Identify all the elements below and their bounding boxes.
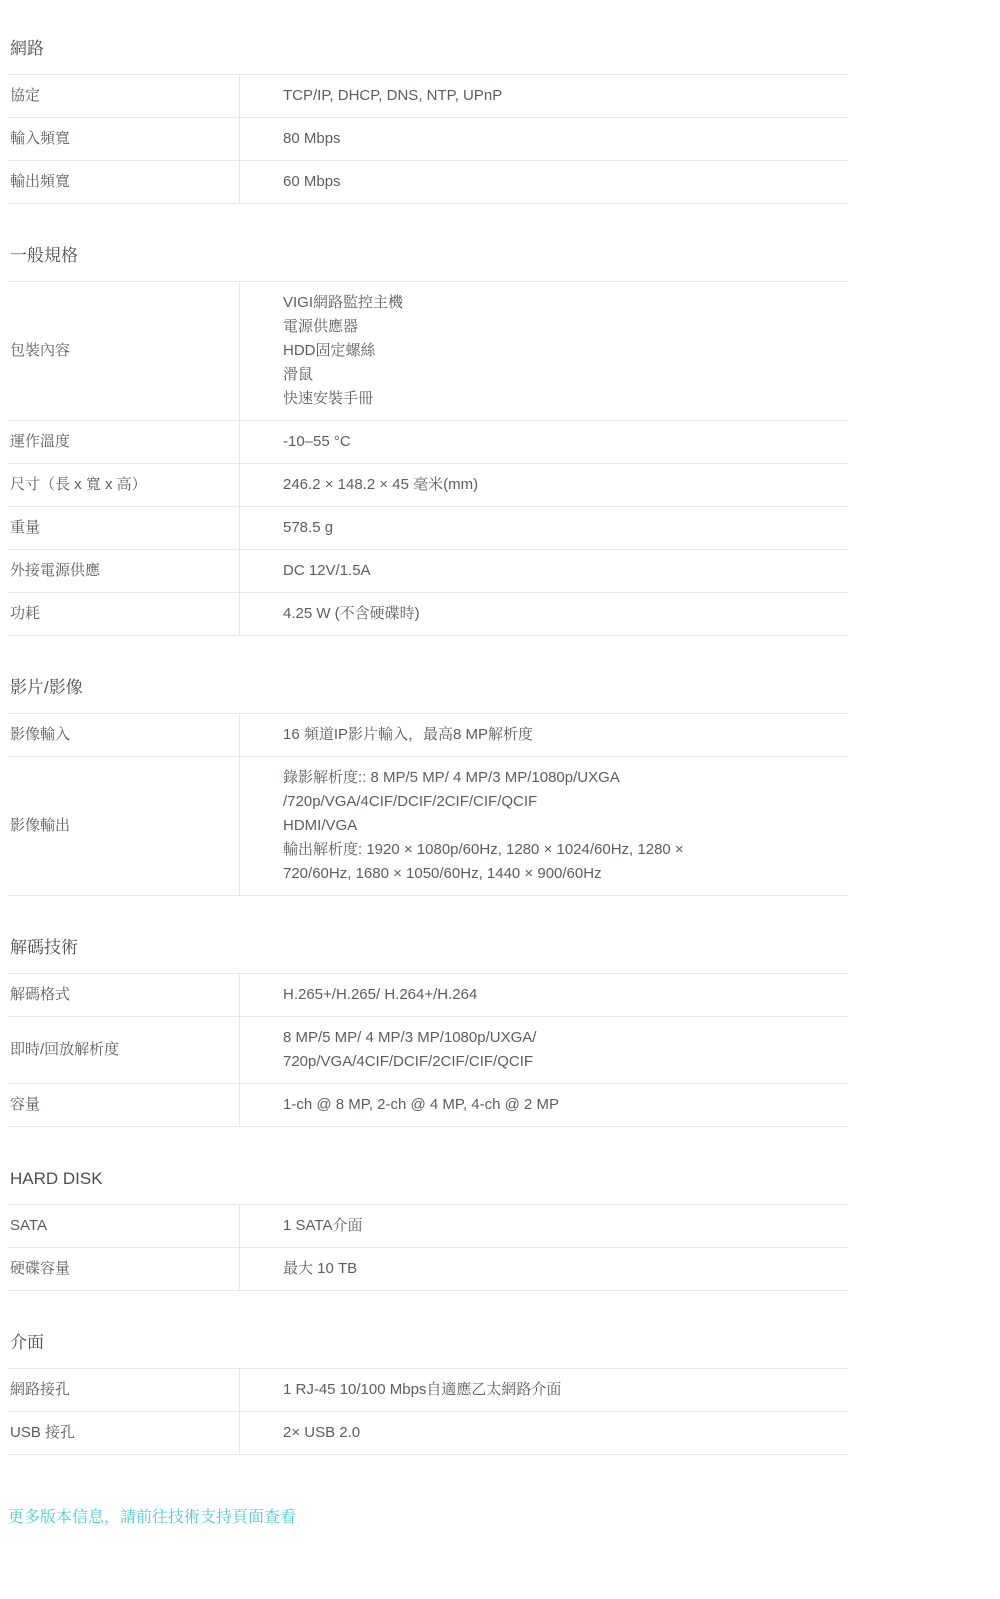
spec-value-line: DC 12V/1.5A	[283, 559, 838, 583]
spec-row: 外接電源供應 DC 12V/1.5A	[8, 549, 848, 592]
spec-value-line: 578.5 g	[283, 516, 838, 540]
spec-value: TCP/IP, DHCP, DNS, NTP, UPnP	[239, 75, 848, 117]
spec-value-line: 2× USB 2.0	[283, 1421, 838, 1445]
spec-section: 網路 協定 TCP/IP, DHCP, DNS, NTP, UPnP 輸入頻寬 …	[8, 39, 848, 204]
spec-value-line: 1-ch @ 8 MP, 2-ch @ 4 MP, 4-ch @ 2 MP	[283, 1093, 838, 1117]
spec-label: 硬碟容量	[8, 1248, 239, 1290]
section-rows: 協定 TCP/IP, DHCP, DNS, NTP, UPnP 輸入頻寬 80 …	[8, 74, 848, 204]
spec-row: 運作溫度 -10–55 °C	[8, 420, 848, 463]
spec-label: 容量	[8, 1084, 239, 1126]
more-version-info-link[interactable]: 更多版本信息，請前往技術支持頁面查看	[8, 1507, 296, 1529]
spec-label: SATA	[8, 1205, 239, 1247]
spec-value: -10–55 °C	[239, 421, 848, 463]
spec-value-line: -10–55 °C	[283, 430, 838, 454]
spec-section: 解碼技術 解碼格式 H.265+/H.265/ H.264+/H.264 即時/…	[8, 938, 848, 1127]
spec-row: USB 接孔 2× USB 2.0	[8, 1411, 848, 1454]
spec-value: VIGI網路監控主機 電源供應器 HDD固定螺絲 滑鼠 快速安裝手冊	[239, 282, 848, 420]
spec-value: DC 12V/1.5A	[239, 550, 848, 592]
spec-value: 錄影解析度:: 8 MP/5 MP/ 4 MP/3 MP/1080p/UXGA …	[239, 757, 848, 895]
spec-value: 16 頻道IP影片輸入，最高8 MP解析度	[239, 714, 848, 756]
spec-row: 影像輸入 16 頻道IP影片輸入，最高8 MP解析度	[8, 713, 848, 756]
spec-value-line: 滑鼠	[283, 363, 838, 387]
spec-row: 網路接孔 1 RJ-45 10/100 Mbps自適應乙太網路介面	[8, 1368, 848, 1411]
spec-row: 尺寸（長 x 寬 x 高） 246.2 × 148.2 × 45 毫米(mm)	[8, 463, 848, 506]
spec-row: 重量 578.5 g	[8, 506, 848, 549]
spec-label: 功耗	[8, 593, 239, 635]
spec-label: 運作溫度	[8, 421, 239, 463]
spec-value-line: HDD固定螺絲	[283, 339, 838, 363]
spec-value-line: 720p/VGA/4CIF/DCIF/2CIF/CIF/QCIF	[283, 1050, 838, 1074]
spec-row: 功耗 4.25 W (不含硬碟時)	[8, 592, 848, 635]
section-rows: SATA 1 SATA介面 硬碟容量 最大 10 TB	[8, 1204, 848, 1291]
spec-value-line: 輸出解析度: 1920 × 1080p/60Hz, 1280 × 1024/60…	[283, 838, 838, 862]
spec-value-line: 快速安裝手冊	[283, 387, 838, 411]
spec-value-line: 4.25 W (不含硬碟時)	[283, 602, 838, 626]
spec-section: 介面 網路接孔 1 RJ-45 10/100 Mbps自適應乙太網路介面 USB…	[8, 1333, 848, 1455]
spec-value: 80 Mbps	[239, 118, 848, 160]
spec-label: 影像輸出	[8, 757, 239, 895]
spec-value-line: 電源供應器	[283, 315, 838, 339]
spec-value-line: 1 RJ-45 10/100 Mbps自適應乙太網路介面	[283, 1378, 838, 1402]
section-title: 影片/影像	[8, 678, 848, 698]
spec-row: SATA 1 SATA介面	[8, 1204, 848, 1247]
spec-row: 影像輸出 錄影解析度:: 8 MP/5 MP/ 4 MP/3 MP/1080p/…	[8, 756, 848, 895]
spec-value-line: 60 Mbps	[283, 170, 838, 194]
section-title: 一般規格	[8, 246, 848, 266]
spec-row: 輸入頻寬 80 Mbps	[8, 117, 848, 160]
section-title: HARD DISK	[8, 1169, 848, 1189]
spec-value: 8 MP/5 MP/ 4 MP/3 MP/1080p/UXGA/ 720p/VG…	[239, 1017, 848, 1083]
spec-value-line: 最大 10 TB	[283, 1257, 838, 1281]
spec-value: 最大 10 TB	[239, 1248, 848, 1290]
spec-value: 1 RJ-45 10/100 Mbps自適應乙太網路介面	[239, 1369, 848, 1411]
spec-value-line: TCP/IP, DHCP, DNS, NTP, UPnP	[283, 84, 838, 108]
spec-section: 影片/影像 影像輸入 16 頻道IP影片輸入，最高8 MP解析度 影像輸出 錄影…	[8, 678, 848, 896]
spec-value-line: VIGI網路監控主機	[283, 291, 838, 315]
section-title: 介面	[8, 1333, 848, 1353]
spec-label: 解碼格式	[8, 974, 239, 1016]
spec-row: 即時/回放解析度 8 MP/5 MP/ 4 MP/3 MP/1080p/UXGA…	[8, 1016, 848, 1083]
spec-section: 一般規格 包裝內容 VIGI網路監控主機 電源供應器 HDD固定螺絲 滑鼠 快速…	[8, 246, 848, 636]
spec-row: 解碼格式 H.265+/H.265/ H.264+/H.264	[8, 973, 848, 1016]
spec-page: 網路 協定 TCP/IP, DHCP, DNS, NTP, UPnP 輸入頻寬 …	[8, 0, 848, 1599]
spec-value-line: 80 Mbps	[283, 127, 838, 151]
spec-label: 尺寸（長 x 寬 x 高）	[8, 464, 239, 506]
section-rows: 包裝內容 VIGI網路監控主機 電源供應器 HDD固定螺絲 滑鼠 快速安裝手冊 …	[8, 281, 848, 636]
spec-label: 影像輸入	[8, 714, 239, 756]
spec-value: H.265+/H.265/ H.264+/H.264	[239, 974, 848, 1016]
spec-label: 外接電源供應	[8, 550, 239, 592]
spec-value-line: H.265+/H.265/ H.264+/H.264	[283, 983, 838, 1007]
section-title: 解碼技術	[8, 938, 848, 958]
spec-value-line: HDMI/VGA	[283, 814, 838, 838]
spec-value: 578.5 g	[239, 507, 848, 549]
spec-label: 包裝內容	[8, 282, 239, 420]
spec-label: 協定	[8, 75, 239, 117]
spec-value: 60 Mbps	[239, 161, 848, 203]
spec-value-line: 1 SATA介面	[283, 1214, 838, 1238]
spec-section: HARD DISK SATA 1 SATA介面 硬碟容量 最大 10 TB	[8, 1169, 848, 1291]
spec-value-line: /720p/VGA/4CIF/DCIF/2CIF/CIF/QCIF	[283, 790, 838, 814]
spec-label: 網路接孔	[8, 1369, 239, 1411]
spec-value: 2× USB 2.0	[239, 1412, 848, 1454]
spec-label: 即時/回放解析度	[8, 1017, 239, 1083]
spec-label: USB 接孔	[8, 1412, 239, 1454]
spec-row: 硬碟容量 最大 10 TB	[8, 1247, 848, 1290]
spec-value-line: 16 頻道IP影片輸入，最高8 MP解析度	[283, 723, 838, 747]
spec-value-line: 246.2 × 148.2 × 45 毫米(mm)	[283, 473, 838, 497]
spec-value-line: 8 MP/5 MP/ 4 MP/3 MP/1080p/UXGA/	[283, 1026, 838, 1050]
section-rows: 影像輸入 16 頻道IP影片輸入，最高8 MP解析度 影像輸出 錄影解析度:: …	[8, 713, 848, 896]
spec-row: 包裝內容 VIGI網路監控主機 電源供應器 HDD固定螺絲 滑鼠 快速安裝手冊	[8, 281, 848, 420]
spec-value-line: 錄影解析度:: 8 MP/5 MP/ 4 MP/3 MP/1080p/UXGA	[283, 766, 838, 790]
section-rows: 網路接孔 1 RJ-45 10/100 Mbps自適應乙太網路介面 USB 接孔…	[8, 1368, 848, 1455]
spec-label: 重量	[8, 507, 239, 549]
spec-row: 輸出頻寬 60 Mbps	[8, 160, 848, 203]
spec-row: 容量 1-ch @ 8 MP, 2-ch @ 4 MP, 4-ch @ 2 MP	[8, 1083, 848, 1126]
spec-value: 1 SATA介面	[239, 1205, 848, 1247]
section-title: 網路	[8, 39, 848, 59]
spec-label: 輸入頻寬	[8, 118, 239, 160]
spec-sections: 網路 協定 TCP/IP, DHCP, DNS, NTP, UPnP 輸入頻寬 …	[8, 39, 848, 1455]
bottom-spacer	[8, 1529, 848, 1599]
spec-label: 輸出頻寬	[8, 161, 239, 203]
spec-value: 246.2 × 148.2 × 45 毫米(mm)	[239, 464, 848, 506]
spec-value: 1-ch @ 8 MP, 2-ch @ 4 MP, 4-ch @ 2 MP	[239, 1084, 848, 1126]
section-rows: 解碼格式 H.265+/H.265/ H.264+/H.264 即時/回放解析度…	[8, 973, 848, 1127]
spec-row: 協定 TCP/IP, DHCP, DNS, NTP, UPnP	[8, 74, 848, 117]
spec-value: 4.25 W (不含硬碟時)	[239, 593, 848, 635]
spec-value-line: 720/60Hz, 1680 × 1050/60Hz, 1440 × 900/6…	[283, 862, 838, 886]
